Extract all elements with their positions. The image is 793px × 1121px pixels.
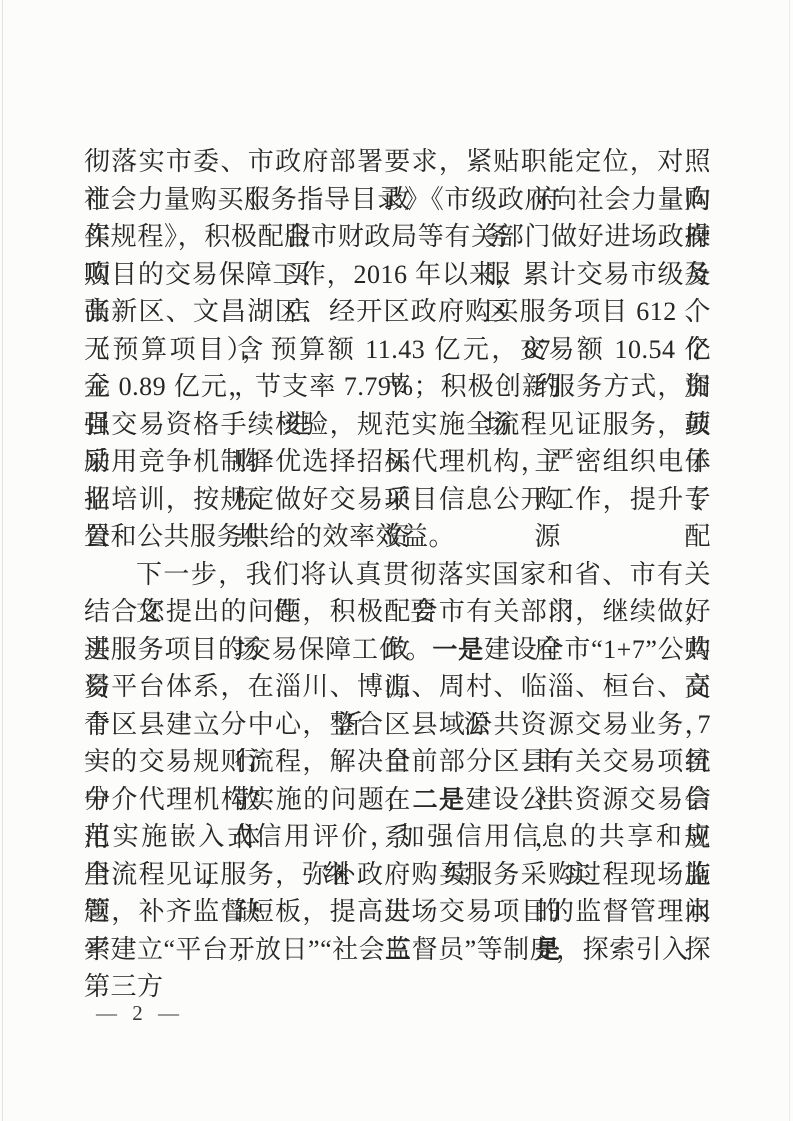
text-line: 中介代理机构实施的问题；二是建设公共资源交易信用体系，规 [84, 781, 711, 819]
scan-edge-right [789, 0, 790, 1121]
page-number: — 2 — [96, 1001, 184, 1026]
text-line: 金 0.89 亿元，节支率 7.79%；积极创新服务方式，加强进场项 [84, 368, 711, 406]
scan-edge-left [2, 0, 3, 1121]
text-line: 无预算项目），预算额 11.43 亿元，交易额 10.54 亿元，节约资 [84, 331, 711, 369]
text-line: 买服务项目的交易保障工作。一是建设全市“1+7”公共资源交 [84, 631, 711, 669]
line-text: 买服务项目的交易保障工作。 [84, 635, 432, 664]
bold-emphasis-first: 一是 [432, 636, 484, 664]
text-line: 作规程》，积极配合市财政局等有关部门做好进场政府购买服务 [84, 218, 711, 256]
text-line: 项目的交易保障工作，2016 年以来，累计交易市级及张店区、 [84, 256, 711, 294]
text-line: 易平台体系，在淄川、博山、周村、临淄、桓台、高青、沂源 7 [84, 668, 711, 706]
document-body: 彻落实市委、市政府部署要求，紧贴职能定位，对照市《政府向 社会力量购买服务指导目… [84, 143, 711, 968]
bold-emphasis-second: 二是 [412, 786, 466, 814]
text-line: 一的交易规则流程，解决目前部分区县有关交易项目分散在社会 [84, 743, 711, 781]
text-line: 业培训，按规定做好交易项目信息公开工作，提升了公共资源配 [84, 481, 711, 519]
text-line: 彻落实市委、市政府部署要求，紧贴职能定位，对照市《政府向 [84, 143, 711, 181]
paragraph-1: 彻落实市委、市政府部署要求，紧贴职能定位，对照市《政府向 社会力量购买服务指导目… [84, 143, 711, 556]
text-line: 题，补齐监督短板，提高进场交易项目的监督管理水平；三是探 [84, 893, 711, 931]
text-line: 目交易资格手续核验，规范实施全流程见证服务，鼓励购买主体 [84, 406, 711, 444]
scanned-document-page: 彻落实市委、市政府部署要求，紧贴职能定位，对照市《政府向 社会力量购买服务指导目… [0, 0, 793, 1121]
paragraph-2: 下一步，我们将认真贯彻落实国家和省、市有关文件要求， 结合您提出的问题，积极配合… [84, 556, 711, 969]
text-line: 结合您提出的问题，积极配合市有关部门，继续做好进场政府购 [84, 593, 711, 631]
text-line: 个区县建立分中心，整合区县域公共资源交易业务，实行全市统 [84, 706, 711, 744]
text-line: 索建立“平台开放日”“社会监督员”等制度，探索引入第三方 [84, 931, 711, 969]
text-line: 社会力量购买服务指导目录》《市级政府向社会力量购买服务操 [84, 181, 711, 219]
text-line: 采用竞争机制择优选择招标代理机构，严密组织电子招标采购专 [84, 443, 711, 481]
text-line: 全流程见证服务，弥补政府购买服务采购过程现场监管缺失的问 [84, 856, 711, 894]
text-line: 高新区、文昌湖区、经开区政府购买服务项目 612 个（含 87 个 [84, 293, 711, 331]
text-line: 下一步，我们将认真贯彻落实国家和省、市有关文件要求， [84, 556, 711, 594]
text-line: 范实施嵌入式信用评价，加强信用信息的共享和应用，继续实施 [84, 818, 711, 856]
line-text: 中介代理机构实施的问题； [84, 785, 412, 814]
